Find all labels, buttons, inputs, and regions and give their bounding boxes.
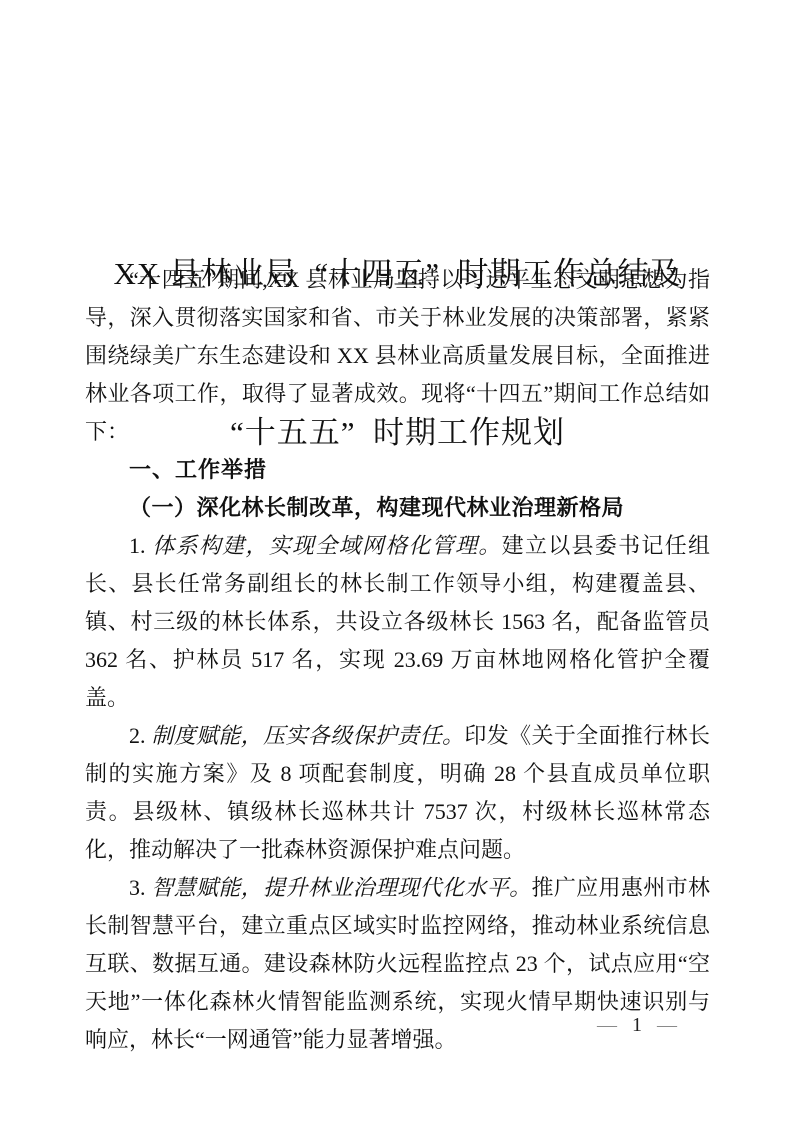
document-body: “十四五”期间,XX 县林业局坚持以习近平生态文明思想为指导，深入贯彻落实国家和… <box>85 261 710 1059</box>
section-heading-1: 一、工作举措 <box>85 451 710 489</box>
page-number: — 1 — <box>597 1010 677 1040</box>
text-run: 一、工作举措 <box>129 457 267 482</box>
text-run: 3. <box>129 875 151 900</box>
text-run: 制度赋能，压实各级保护责任。 <box>151 723 464 748</box>
text-run: “十四五”期间,XX 县林业局坚持以习近平生态文明思想为指导，深入贯彻落实国家和… <box>85 267 710 444</box>
text-run: 建立以县委书记任组长、县长任常务副组长的林长制工作领导小组，构建覆盖县、镇、村三… <box>85 533 716 710</box>
intro-paragraph: “十四五”期间,XX 县林业局坚持以习近平生态文明思想为指导，深入贯彻落实国家和… <box>85 261 710 451</box>
text-run: （一）深化林长制改革，构建现代林业治理新格局 <box>129 495 624 520</box>
text-run: 体系构建，实现全域网格化管理。 <box>152 533 501 558</box>
item-paragraph-1: 1. 体系构建，实现全域网格化管理。建立以县委书记任组长、县长任常务副组长的林长… <box>85 527 710 717</box>
page-number-right-dash: — <box>652 1014 677 1036</box>
text-run: 智慧赋能，提升林业治理现代化水平。 <box>151 875 531 900</box>
page-number-value: 1 <box>622 1014 652 1036</box>
item-paragraph-2: 2. 制度赋能，压实各级保护责任。印发《关于全面推行林长制的实施方案》及 8 项… <box>85 717 710 869</box>
text-run: 2. <box>129 723 151 748</box>
subsection-heading-1-1: （一）深化林长制改革，构建现代林业治理新格局 <box>85 489 710 527</box>
page-number-left-dash: — <box>597 1014 622 1036</box>
text-run: 1. <box>129 533 152 558</box>
document-page: XX 县林业局 “十四五” 时期工作总结及 “十五五” 时期工作规划 “十四五”… <box>0 0 793 1122</box>
